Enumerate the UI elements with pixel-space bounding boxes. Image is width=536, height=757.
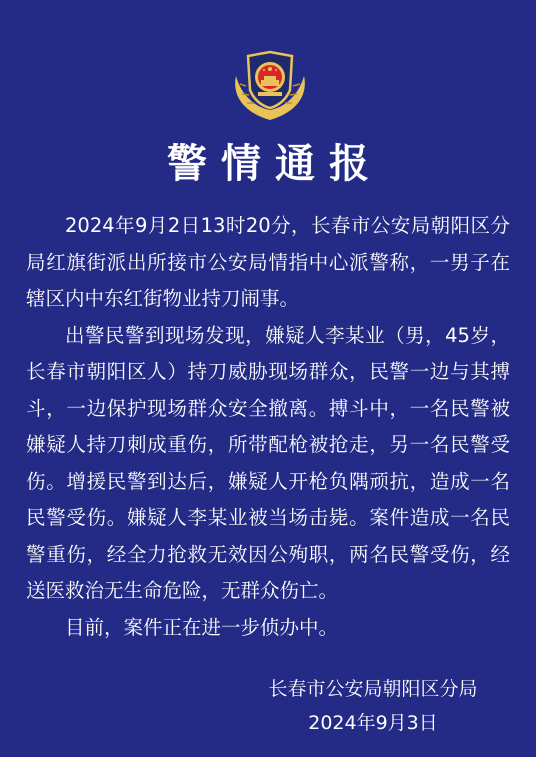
page-title: 警情通报 (0, 132, 536, 189)
signature-block: 长春市公安局朝阳区分局 2024年9月3日 (258, 672, 488, 740)
notice-body: 2024年9月2日13时20分，长春市公安局朝阳区分局红旗街派出所接市公安局情指… (26, 208, 510, 646)
paragraph-incident-details: 出警民警到现场发现，嫌疑人李某业（男，45岁，长春市朝阳区人）持刀威胁现场群众，… (26, 318, 510, 610)
issue-date: 2024年9月3日 (258, 706, 488, 740)
paragraph-investigation-status: 目前，案件正在进一步侦办中。 (26, 610, 510, 647)
issuing-organization: 长春市公安局朝阳区分局 (258, 672, 488, 706)
police-emblem-icon (228, 50, 312, 124)
paragraph-incident-report: 2024年9月2日13时20分，长春市公安局朝阳区分局红旗街派出所接市公安局情指… (26, 208, 510, 318)
